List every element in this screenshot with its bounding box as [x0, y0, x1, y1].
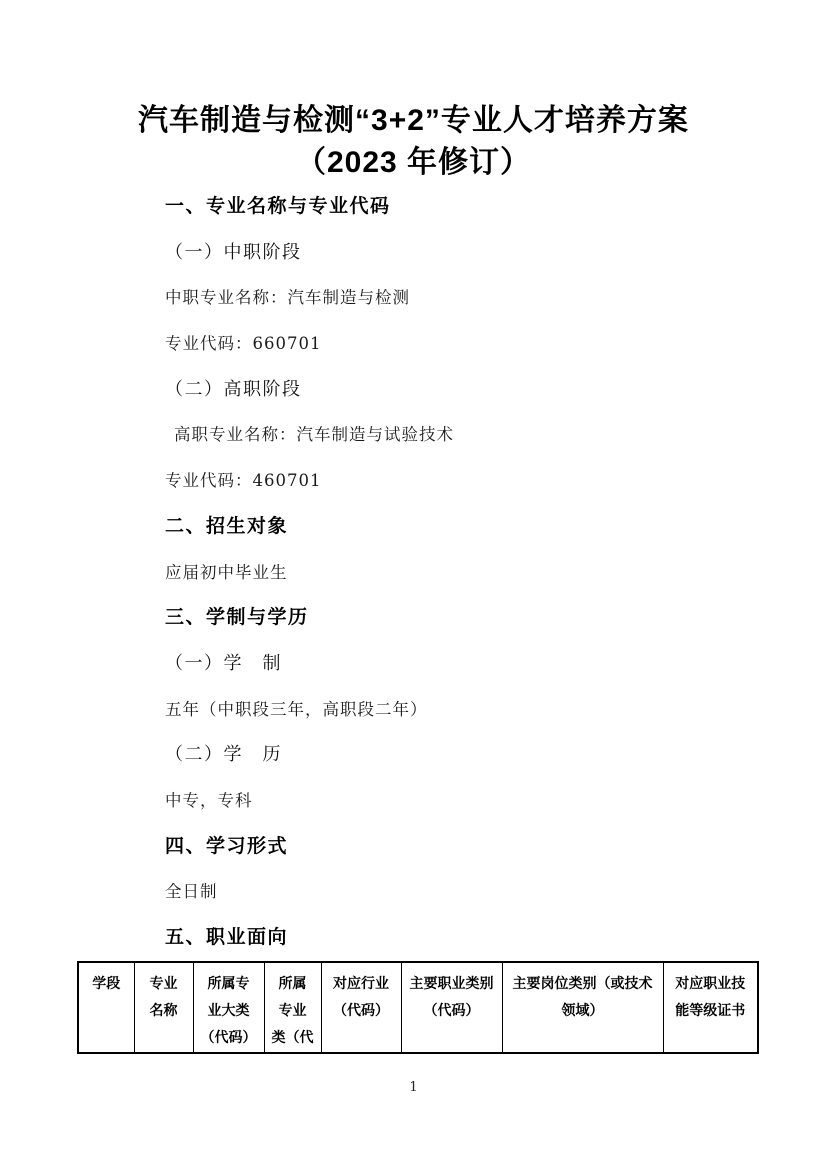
body-schooling-years: 五年（中职段三年，高职段二年）: [165, 687, 827, 733]
body-gaozhi-major-code: 专业代码：460701: [165, 458, 827, 504]
document-title-line1: 汽车制造与检测“3+2”专业人才培养方案: [0, 100, 827, 142]
body-zhongzhi-major-code: 专业代码：660701: [165, 321, 827, 367]
body-zhongzhi-major-name: 中职专业名称：汽车制造与检测: [165, 275, 827, 321]
table-header-major-name: 专业 名称: [134, 962, 193, 1053]
career-orientation-table: 学段 专业 名称 所属专 业大类 （代码） 所属 专业 类（代 对应行业 （代码…: [77, 961, 759, 1054]
document-body: 一、专业名称与专业代码 （一）中职阶段 中职专业名称：汽车制造与检测 专业代码：…: [0, 184, 827, 961]
table-header-stage: 学段: [78, 962, 134, 1053]
subheading-1-2-gaozhi-stage: （二）高职阶段: [165, 367, 827, 413]
subheading-3-2-diploma: （二）学 历: [165, 732, 827, 778]
body-enrollment-target: 应届初中毕业生: [165, 550, 827, 596]
document-page: 汽车制造与检测“3+2”专业人才培养方案 （2023 年修订） 一、专业名称与专…: [0, 0, 827, 1170]
heading-section-2: 二、招生对象: [165, 504, 827, 550]
body-diploma-levels: 中专，专科: [165, 778, 827, 824]
page-number: 1: [0, 1080, 827, 1095]
document-title-line2: （2023 年修订）: [0, 142, 827, 184]
subheading-1-1-zhongzhi-stage: （一）中职阶段: [165, 230, 827, 276]
table-header-post-category: 主要岗位类别（或技术 领域）: [502, 962, 663, 1053]
table-header-row: 学段 专业 名称 所属专 业大类 （代码） 所属 专业 类（代 对应行业 （代码…: [78, 962, 758, 1053]
table-header-major-category: 所属专 业大类 （代码）: [193, 962, 264, 1053]
heading-section-3: 三、学制与学历: [165, 595, 827, 641]
table-header-skill-certificate: 对应职业技 能等级证书: [663, 962, 758, 1053]
body-gaozhi-major-name: 高职专业名称：汽车制造与试验技术: [165, 412, 827, 458]
heading-section-1: 一、专业名称与专业代码: [165, 184, 827, 230]
table-header-industry: 对应行业 （代码）: [321, 962, 401, 1053]
body-study-form: 全日制: [165, 869, 827, 915]
table-header-occupation-category: 主要职业类别 （代码）: [401, 962, 502, 1053]
heading-section-4: 四、学习形式: [165, 824, 827, 870]
heading-section-5: 五、职业面向: [165, 915, 827, 961]
table-header-major-class: 所属 专业 类（代: [264, 962, 321, 1053]
subheading-3-1-schooling: （一）学 制: [165, 641, 827, 687]
